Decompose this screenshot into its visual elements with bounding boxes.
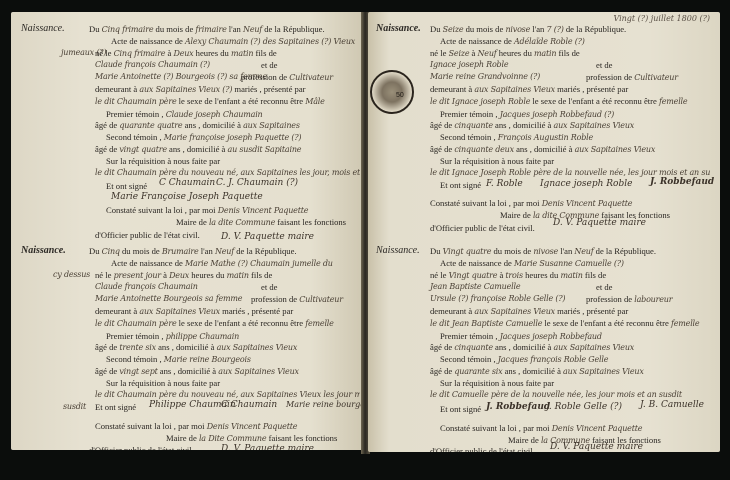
signature-3: J. B. Camuelle (640, 400, 704, 410)
section-label: Naissance. (376, 23, 421, 34)
date-line: Du Seize du mois de nivose l'an 7 (?) de… (430, 24, 626, 35)
right-page: Vingt (?) juillet 1800 (?) 50 Naissance.… (368, 12, 720, 452)
signature-3: Marie Françoise Joseph Paquette (111, 192, 263, 202)
signed-label: Et ont signé (95, 402, 136, 412)
signature-2: Ignace joseph Roble (540, 179, 632, 189)
witness2-age-line: âgé de vingt quatre ans , domicilié à au… (95, 144, 301, 155)
requisition-text: le dit Chaumain père du nouveau né, aux … (95, 168, 360, 178)
witness2-age-line: âgé de vingt sept ans , domicilié à aux … (95, 366, 299, 377)
act-line: Acte de naissance de Adélaïde Roble (?) (440, 36, 585, 47)
witness1-age-line: âgé de trente six ans , domicilié à aux … (95, 342, 297, 353)
signature-1: F. Roble (486, 179, 523, 189)
sex-line: le dit Chaumain père le sexe de l'enfant… (95, 96, 325, 107)
father-name: Claude françois Chaumain (?) (95, 60, 210, 70)
date-line: Du Cinq du mois de Brumaire l'an Neuf de… (89, 246, 297, 257)
act-line: Acte de naissance de Alexy Chaumain (?) … (111, 36, 355, 47)
witness1-line: Premier témoin , Claude joseph Chaumain (106, 109, 263, 120)
signature-3: J. Robbefaud (650, 177, 714, 187)
act-line: Acte de naissance de Marie Susanne Camue… (440, 258, 624, 269)
signature-1: J. Robbefaud (486, 402, 550, 412)
sex-line: le dit Ignace joseph Roble le sexe de l'… (430, 96, 687, 107)
witness2-line: Second témoin , Marie françoise joseph P… (106, 132, 301, 143)
witness1-line: Premier témoin , Jacques joseph Robbefau… (440, 331, 602, 342)
maire-line: Maire de la dite Commune faisant les fon… (176, 217, 346, 228)
requisition-text: le dit Camuelle père de la nouvelle née,… (430, 390, 710, 400)
born-line: né le Cinq frimaire à Deux heures du mat… (95, 48, 277, 59)
margin-note-susdit: susdit (63, 402, 86, 412)
profession-line: profession de Cultivateur (586, 72, 678, 83)
requisition-text: le dit Chaumain père du nouveau né, aux … (95, 390, 360, 400)
signature-2: C. J. Chaumain (?) (216, 178, 298, 188)
witness2-line: Second témoin , Jacques françois Roble G… (440, 354, 608, 365)
born-line: né le present jour à Deux heures du mati… (95, 270, 272, 281)
mother-name: Marie Antoinette Bourgeois sa femme (95, 294, 242, 304)
maire-line: Maire de la Dite Commune faisant les fon… (166, 433, 337, 444)
sex-line: le dit Jean Baptiste Camuelle le sexe de… (430, 318, 699, 329)
witness2-age-line: âgé de cinquante deux ans , domicilié à … (430, 144, 655, 155)
mother-name: Ursule (?) françoise Roble Gelle (?) (430, 294, 565, 304)
constate-line: Constaté suivant la loi , par moi Denis … (440, 423, 642, 434)
birth-record-right-top: Naissance. Du Seize du mois de nivose l'… (368, 12, 720, 222)
constate-line: Constaté suivant la loi , par moi Denis … (430, 198, 632, 209)
born-line: né le Seize à Neuf heures du matin fils … (430, 48, 580, 59)
requisition-line: Sur la réquisition à nous faite par (440, 378, 554, 388)
mother-label: et de (261, 60, 277, 70)
birth-record-left-top: Naissance. Du Cinq frimaire du mois de f… (11, 12, 363, 222)
signed-label: Et ont signé (106, 181, 147, 191)
profession-line: profession de Cultivateur (241, 72, 333, 83)
officer-label: d'Officier public de l'état civil. (430, 223, 535, 233)
signature-2: C Chaumain (221, 400, 277, 410)
mother-label: et de (596, 282, 612, 292)
constate-line: Constaté suivant la loi , par moi Denis … (95, 421, 297, 432)
mayor-signature: D. V. Paquette maire (221, 444, 314, 450)
left-page: Naissance. Du Cinq frimaire du mois de f… (11, 12, 363, 450)
mother-label: et de (261, 282, 277, 292)
witness2-line: Second témoin , François Augustin Roble (440, 132, 593, 143)
requisition-line: Sur la réquisition à nous faite par (106, 378, 220, 388)
birth-record-right-bottom: Naissance. Du Vingt quatre du mois de ni… (368, 234, 720, 444)
date-line: Du Vingt quatre du mois de nivose l'an N… (430, 246, 656, 257)
father-name: Claude françois Chaumain (95, 282, 198, 292)
mother-name: Marie reine Grandvoinne (?) (430, 72, 540, 82)
requisition-line: Sur la réquisition à nous faite par (106, 156, 220, 166)
section-label: Naissance. (21, 245, 66, 256)
mayor-signature: D. V. Paquette maire (550, 442, 643, 452)
signature-1: C Chaumain (159, 178, 215, 188)
signed-label: Et ont signé (440, 404, 481, 414)
officer-label: d'Officier public de l'état civil. (430, 446, 535, 452)
witness2-age-line: âgé de quarante six ans , domicilié à au… (430, 366, 644, 377)
birth-record-left-bottom: Naissance. Du Cinq du mois de Brumaire l… (11, 234, 363, 444)
officer-label: d'Officier public de l'état civil. (89, 445, 194, 450)
witness1-line: Premier témoin , Jacques joseph Robbefau… (440, 109, 614, 120)
witness1-age-line: âgé de cinquante ans , domicilié à aux S… (430, 342, 634, 353)
witness1-age-line: âgé de cinquante ans , domicilié à aux S… (430, 120, 634, 131)
residence-line: demeurant à aux Sapitaines Vieux mariés … (95, 306, 293, 317)
residence-line: demeurant à aux Sapitaines Vieux mariés … (430, 84, 628, 95)
handwritten-day: Cinq frimaire (102, 25, 154, 34)
mayor-signature: D. V. Paquette maire (553, 218, 646, 228)
section-label: Naissance. (376, 245, 420, 256)
signature-3: Marie reine bourgeois (286, 400, 363, 409)
residence-line: demeurant à aux Sapitaines Vieux mariés … (430, 306, 628, 317)
margin-note: cy dessus (53, 270, 90, 280)
signed-label: Et ont signé (440, 180, 481, 190)
residence-line: demeurant à aux Sapitaines Vieux (?) mar… (95, 84, 306, 95)
act-line: Acte de naissance de Marie Mathe (?) Cha… (111, 258, 333, 269)
section-label: Naissance. (21, 23, 65, 34)
father-name: Jean Baptiste Camuelle (430, 282, 520, 292)
father-name: Ignace joseph Roble (430, 60, 508, 70)
profession-line: profession de laboureur (586, 294, 672, 305)
sex-line: le dit Chaumain père le sexe de l'enfant… (95, 318, 334, 329)
mother-label: et de (596, 60, 612, 70)
date-line: Du Cinq frimaire du mois de frimaire l'a… (89, 24, 325, 35)
requisition-line: Sur la réquisition à nous faite par (440, 156, 554, 166)
constate-line: Constaté suivant la loi , par moi Denis … (106, 205, 308, 216)
witness1-age-line: âgé de quarante quatre ans , domicilié à… (95, 120, 300, 131)
born-line: né le Vingt quatre à trois heures du mat… (430, 270, 606, 281)
profession-line: profession de Cultivateur (251, 294, 343, 305)
signature-2: J. Roble Gelle (?) (546, 402, 622, 412)
witness2-line: Second témoin , Marie reine Bourgeois (106, 354, 251, 365)
witness1-line: Premier témoin , philippe Chaumain (106, 331, 239, 342)
